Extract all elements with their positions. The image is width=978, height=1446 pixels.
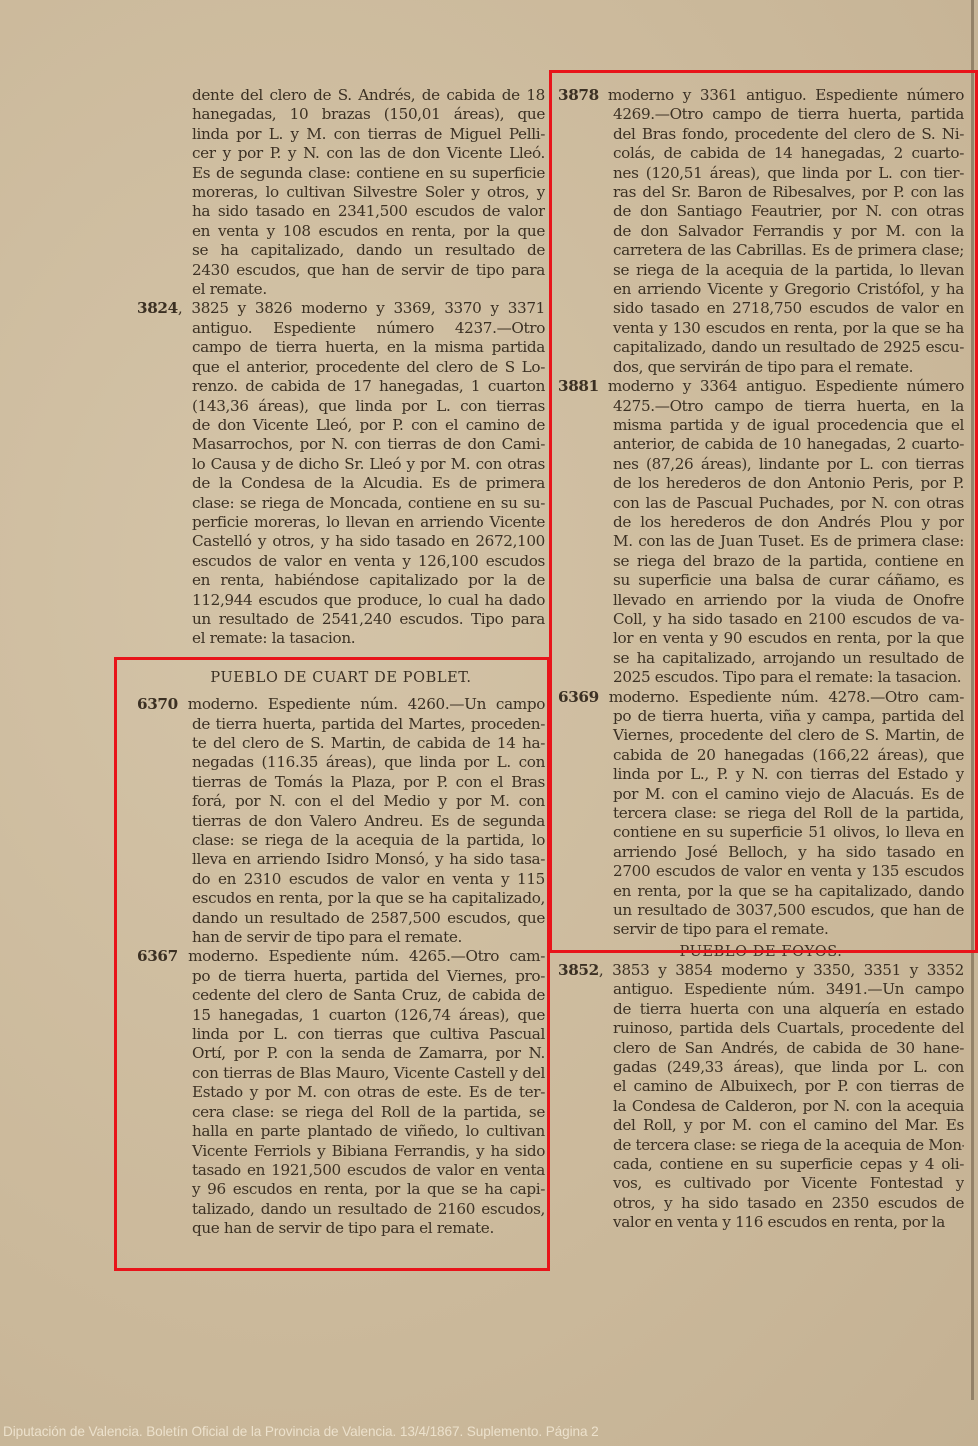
text-line: po de tierra huerta, viña y campa, parti… (558, 707, 964, 726)
text-line: contiene en su superficie 51 olivos, lo … (558, 823, 964, 842)
text-line: un resultado de 3037,500 escudos, que ha… (558, 901, 964, 920)
text-line: cabida de 20 hanegadas (166,22 áreas), q… (558, 746, 964, 765)
text-line: 2430 escudos, que han de servir de tipo … (137, 261, 545, 280)
text-line: Es de segunda clase: contiene en su supe… (137, 164, 545, 183)
entry-3852: 3852, 3853 y 3854 moderno y 3350, 3351 y… (558, 961, 964, 1233)
text-line: y 96 escudos en renta, por la que se ha … (137, 1180, 545, 1199)
text-line: linda por L. y M. con tierras de Miguel … (137, 125, 545, 144)
text-line: Castelló y otros, y ha sido tasado en 26… (137, 532, 545, 551)
section-heading-cuart-de-poblet: PUEBLO DE CUART DE POBLET. (137, 669, 545, 688)
text-line: campo de tierra huerta, en la misma part… (137, 338, 545, 357)
text-line: cera clase: se riega del Roll de la part… (137, 1103, 545, 1122)
text-line: halla en parte plantado de viñedo, lo cu… (137, 1122, 545, 1141)
text-line: se ha capitalizado, dando un resultado d… (137, 241, 545, 260)
text-line: moreras, lo cultivan Silvestre Soler y o… (137, 183, 545, 202)
entry-number: 6367 (137, 947, 178, 965)
text-line: nes (120,51 áreas), que linda por L. con… (558, 164, 964, 183)
page-footer: Diputación de Valencia. Boletín Oficial … (3, 1424, 599, 1439)
text-line: nes (87,26 áreas), lindante por L. con t… (558, 455, 964, 474)
text-line: Vicente Ferriols y Bibiana Ferrandis, y … (137, 1142, 545, 1161)
text-line: en arriendo Vicente y Gregorio Cristófol… (558, 280, 964, 299)
text-line: ras del Sr. Baron de Ribesalves, por P. … (558, 183, 964, 202)
text-line: se riega de la acequia de la partida, lo… (558, 261, 964, 280)
text-line: su superficie una balsa de curar cáñamo,… (558, 571, 964, 590)
text-line: por M. con el camino viejo de Alacuás. E… (558, 785, 964, 804)
text-line: tasado en 1921,500 escudos de valor en v… (137, 1161, 545, 1180)
text-line: misma partida y de igual procedencia que… (558, 416, 964, 435)
text-line: forá, por N. con el del Medio y por M. c… (137, 792, 545, 811)
text-line: 112,944 escudos que produce, lo cual ha … (137, 591, 545, 610)
page-spine-shadow (971, 0, 974, 1400)
text-line: 15 hanegadas, 1 cuarton (126,74 áreas), … (137, 1006, 545, 1025)
text-line: llevado en arriendo por la viuda de Onof… (558, 591, 964, 610)
text-line: tierras de Tomás la Plaza, por P. con el… (137, 773, 545, 792)
text-line: cer y por P. y N. con las de don Vicente… (137, 144, 545, 163)
text-line: de don Salvador Ferrandis y por M. con l… (558, 222, 964, 241)
entry-number: 3824 (137, 299, 178, 317)
text-line: en venta y 108 escudos en renta, por la … (137, 222, 545, 241)
text-line: que han de servir de tipo para el remate… (137, 1219, 545, 1238)
text-line: lleva en arriendo Isidro Monsó, y ha sid… (137, 850, 545, 869)
text-line: valor en venta y 116 escudos en renta, p… (558, 1213, 964, 1232)
text-line: dando un resultado de 2587,500 escudos, … (137, 909, 545, 928)
text-line: cedente del clero de Santa Cruz, de cabi… (137, 986, 545, 1005)
text-line: de tercera clase: se riega de la acequia… (558, 1136, 964, 1155)
text-line: ha sido tasado en 2341,500 escudos de va… (137, 202, 545, 221)
text-line: talizado, dando un resultado de 2160 esc… (137, 1200, 545, 1219)
text-line: sido tasado en 2718,750 escudos de valor… (558, 299, 964, 318)
text-line: servir de tipo para el remate. (558, 920, 964, 939)
text-line: se riega del brazo de la partida, contie… (558, 552, 964, 571)
text-line: del Roll, y por M. con el camino del Mar… (558, 1116, 964, 1135)
text-line: la Condesa de Calderon, por N. con la ac… (558, 1097, 964, 1116)
text-line: po de tierra huerta, partida del Viernes… (137, 967, 545, 986)
text-line: tierras de don Valero Andreu. Es de segu… (137, 812, 545, 831)
text-line: escudos en renta, por la que se ha capit… (137, 889, 545, 908)
text-line: se ha capitalizado, arrojando un resulta… (558, 649, 964, 668)
text-line: del Bras fondo, procedente del clero de … (558, 125, 964, 144)
text-line: clase: se riega de Moncada, contiene en … (137, 494, 545, 513)
text-line: Viernes, procedente del clero de S. Mart… (558, 726, 964, 745)
text-line: de los herederos de don Andrés Plou y po… (558, 513, 964, 532)
text-line: 6369 moderno. Espediente núm. 4278.—Otro… (558, 688, 964, 707)
text-line: 6367 moderno. Espediente núm. 4265.—Otro… (137, 947, 545, 966)
section-heading-foyos: PUEBLO DE FOYOS. (558, 944, 964, 961)
text-line: (143,36 áreas), que linda por L. con tie… (137, 397, 545, 416)
text-line: lor en venta y 90 escudos en renta, por … (558, 629, 964, 648)
entry-3878: 3878 moderno y 3361 antiguo. Espediente … (558, 86, 964, 377)
text-line: linda por L. con tierras que cultiva Pas… (137, 1025, 545, 1044)
text-line: colás, de cabida de 14 hanegadas, 2 cuar… (558, 144, 964, 163)
text-line: un resultado de 2541,240 escudos. Tipo p… (137, 610, 545, 629)
text-line: te del clero de S. Martin, de cabida de … (137, 734, 545, 753)
text-line: Ortí, por P. con la senda de Zamarra, po… (137, 1044, 545, 1063)
text-line: con las de Pascual Puchades, por N. con … (558, 494, 964, 513)
text-line: con tierras de Blas Mauro, Vicente Caste… (137, 1064, 545, 1083)
text-line: Coll, y ha sido tasado en 2100 escudos d… (558, 610, 964, 629)
text-line: el remate. (137, 280, 545, 299)
text-line: de tierra huerta, partida del Martes, pr… (137, 715, 545, 734)
text-line: de don Santiago Feautrier, por N. con ot… (558, 202, 964, 221)
text-line: do en 2310 escudos de valor en venta y 1… (137, 870, 545, 889)
text-line: perficie moreras, lo llevan en arriendo … (137, 513, 545, 532)
text-line: lo Causa y de dicho Sr. Lleó y por M. co… (137, 455, 545, 474)
text-line: negadas (116.35 áreas), que linda por L.… (137, 753, 545, 772)
text-line: renzo. de cabida de 17 hanegadas, 1 cuar… (137, 377, 545, 396)
text-line: 3852, 3853 y 3854 moderno y 3350, 3351 y… (558, 961, 964, 980)
text-line: dente del clero de S. Andrés, de cabida … (137, 86, 545, 105)
entry-6369: 6369 moderno. Espediente núm. 4278.—Otro… (558, 688, 964, 940)
text-line: de la Condesa de la Alcudia. Es de prime… (137, 474, 545, 493)
text-line: 2700 escudos de valor en venta y 135 esc… (558, 862, 964, 881)
text-line: dos, que servirán de tipo para el remate… (558, 358, 964, 377)
text-line: escudos de valor en venta y 126,100 escu… (137, 552, 545, 571)
entry-6370: 6370 moderno. Espediente núm. 4260.—Un c… (137, 695, 545, 947)
entry-number: 3878 (558, 86, 599, 104)
entry-number: 3881 (558, 377, 599, 395)
text-line: clase: se riega de la acequia de la part… (137, 831, 545, 850)
text-line: 6370 moderno. Espediente núm. 4260.—Un c… (137, 695, 545, 714)
text-line: cada, contiene en su superficie cepas y … (558, 1155, 964, 1174)
text-line: carretera de las Cabrillas. Es de primer… (558, 241, 964, 260)
continuation-entry: dente del clero de S. Andrés, de cabida … (137, 86, 545, 299)
text-line: linda por L., P. y N. con tierras del Es… (558, 765, 964, 784)
text-line: anterior, de cabida de 10 hanegadas, 2 c… (558, 435, 964, 454)
text-line: el camino de Albuixech, por P. con tierr… (558, 1077, 964, 1096)
text-line: el remate: la tasacion. (137, 629, 545, 648)
entry-3881: 3881 moderno y 3364 antiguo. Espediente … (558, 377, 964, 688)
text-line: tercera clase: se riega del Roll de la p… (558, 804, 964, 823)
left-column: dente del clero de S. Andrés, de cabida … (137, 86, 545, 1239)
text-line: hanegadas, 10 brazas (150,01 áreas), que (137, 105, 545, 124)
text-line: han de servir de tipo para el remate. (137, 928, 545, 947)
text-line: M. con las de Juan Tuset. Es de primera … (558, 532, 964, 551)
entry-3824: 3824, 3825 y 3826 moderno y 3369, 3370 y… (137, 299, 545, 648)
text-line: de don Vicente Lleó, por P. con el camin… (137, 416, 545, 435)
text-line: capitalizado, dando un resultado de 2925… (558, 338, 964, 357)
text-line: antiguo. Espediente núm. 3491.—Un campo (558, 980, 964, 999)
text-line: Estado y por M. con otras de este. Es de… (137, 1083, 545, 1102)
text-line: arriendo José Belloch, y ha sido tasado … (558, 843, 964, 862)
entry-number: 3852 (558, 961, 599, 979)
text-line: Masarrochos, por N. con tierras de don C… (137, 435, 545, 454)
text-line: de tierra huerta con una alquería en est… (558, 1000, 964, 1019)
entry-number: 6369 (558, 688, 599, 706)
text-line: que el anterior, procedente del clero de… (137, 358, 545, 377)
text-line: clero de San Andrés, de cabida de 30 han… (558, 1039, 964, 1058)
text-line: ruinoso, partida dels Cuartals, proceden… (558, 1019, 964, 1038)
text-line: 3878 moderno y 3361 antiguo. Espediente … (558, 86, 964, 105)
text-line: otros, y ha sido tasado en 2350 escudos … (558, 1194, 964, 1213)
text-line: 4275.—Otro campo de tierra huerta, en la (558, 397, 964, 416)
text-line: en renta, habiéndose capitalizado por la… (137, 571, 545, 590)
text-line: 3824, 3825 y 3826 moderno y 3369, 3370 y… (137, 299, 545, 318)
text-line: venta y 130 escudos en renta, por la que… (558, 319, 964, 338)
text-line: gadas (249,33 áreas), que linda por L. c… (558, 1058, 964, 1077)
text-line: vos, es cultivado por Vicente Fontestad … (558, 1174, 964, 1193)
text-line: 3881 moderno y 3364 antiguo. Espediente … (558, 377, 964, 396)
entry-6367: 6367 moderno. Espediente núm. 4265.—Otro… (137, 947, 545, 1238)
text-line: de los herederos de don Antonio Peris, p… (558, 474, 964, 493)
text-line: 2025 escudos. Tipo para el remate: la ta… (558, 668, 964, 687)
right-column: 3878 moderno y 3361 antiguo. Espediente … (558, 86, 964, 1233)
text-line: en renta, por la que se ha capitalizado,… (558, 882, 964, 901)
entry-number: 6370 (137, 695, 178, 713)
text-line: 4269.—Otro campo de tierra huerta, parti… (558, 105, 964, 124)
text-line: antiguo. Espediente número 4237.—Otro (137, 319, 545, 338)
